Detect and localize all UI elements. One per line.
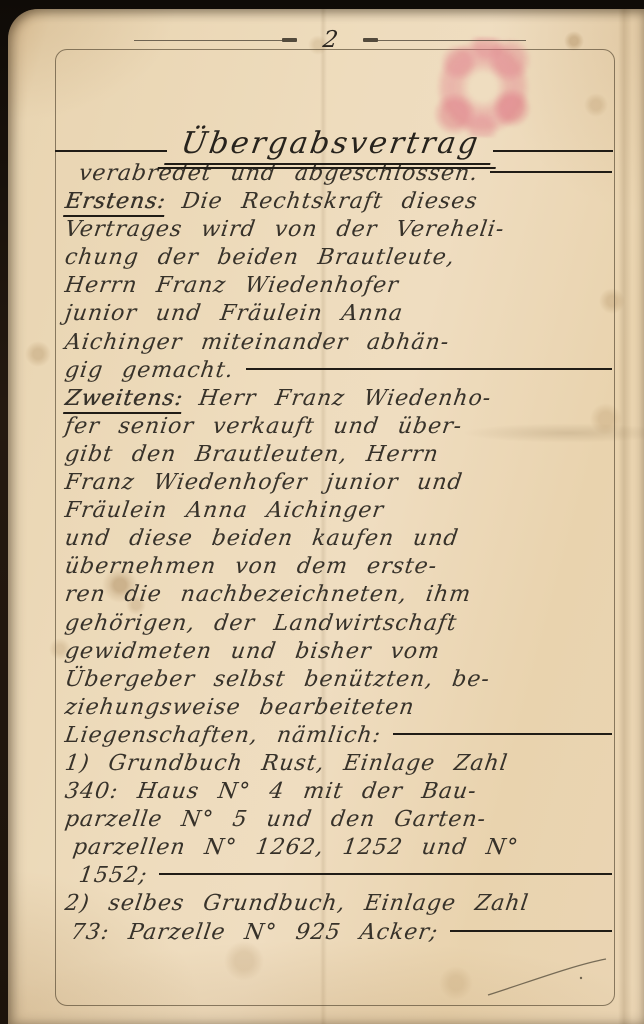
handwritten-line: junior und Fräulein Anna	[65, 301, 612, 329]
handwritten-line: 2) selbes Grundbuch, Einlage Zahl	[65, 891, 612, 919]
line-text: gewidmeten und bisher vom	[63, 639, 442, 664]
handwritten-line: Aichinger miteinander abhän-	[65, 330, 612, 358]
page-number-dash-left	[134, 40, 282, 41]
handwritten-line: Franz Wiedenhofer junior und	[65, 470, 612, 498]
line-text: gehörigen, der Landwirtschaft	[63, 611, 459, 636]
line-text: junior und Fräulein Anna	[63, 301, 405, 326]
page-number-row: 2	[8, 25, 644, 55]
paper-sheet: 2 Übergabsvertrag verabredet und abgesch…	[8, 9, 644, 1024]
handwritten-line: 1) Grundbuch Rust, Einlage Zahl	[65, 751, 612, 779]
title-row: Übergabsvertrag	[55, 121, 613, 165]
handwritten-line: Fräulein Anna Aichinger	[65, 498, 612, 526]
line-text: 2) selbes Grundbuch, Einlage Zahl	[63, 891, 530, 916]
page-number: 2	[321, 29, 339, 52]
handwritten-line: Vertrages wird von der Vereheli-	[65, 217, 612, 245]
handwritten-line: verabredet und abgeschlossen.	[65, 161, 612, 189]
handwritten-line: ren die nachbezeichneten, ihm	[65, 582, 612, 610]
line-text: Franz Wiedenhofer junior und	[63, 470, 464, 495]
line-text: parzellen N° 1262, 1252 und N°	[71, 835, 520, 860]
line-text: Liegenschaften, nämlich:	[63, 723, 383, 748]
handwritten-line: übernehmen von dem erste-	[65, 554, 612, 582]
line-text: Aichinger miteinander abhän-	[63, 330, 451, 355]
handwritten-line: gibt den Brautleuten, Herrn	[65, 442, 612, 470]
ink-rule	[490, 171, 612, 173]
title-rule-left	[55, 150, 167, 152]
line-text: fer senior verkauft und über-	[63, 414, 464, 439]
ink-rule	[246, 368, 612, 370]
line-text: gibt den Brautleuten, Herrn	[63, 442, 440, 467]
line-text: 340: Haus N° 4 mit der Bau-	[63, 779, 478, 804]
page-number-tick-right	[363, 38, 378, 42]
line-text: Herrn Franz Wiedenhofer	[63, 273, 400, 298]
section-keyword: Zweitens:	[63, 386, 185, 414]
line-text: und diese beiden kaufen und	[63, 526, 460, 551]
section-keyword: Erstens:	[63, 189, 168, 217]
handwritten-line: parzelle N° 5 und den Garten-	[65, 807, 612, 835]
line-text: parzelle N° 5 und den Garten-	[63, 807, 488, 832]
handwritten-line: 340: Haus N° 4 mit der Bau-	[65, 779, 612, 807]
line-text: 73: Parzelle N° 925 Acker;	[69, 920, 440, 945]
handwritten-line: 73: Parzelle N° 925 Acker;	[65, 920, 612, 948]
page-number-dash-right	[378, 40, 526, 41]
handwritten-line: Liegenschaften, nämlich:	[65, 723, 612, 751]
ink-rule	[450, 930, 612, 932]
handwritten-line: fer senior verkauft und über-	[65, 414, 612, 442]
line-text: Fräulein Anna Aichinger	[63, 498, 385, 523]
line-text: gig gemacht.	[63, 358, 235, 383]
handwritten-line: Zweitens:Herr Franz Wiedenho-	[65, 386, 612, 414]
handwritten-line: 1552;	[65, 863, 612, 891]
ink-rule	[159, 873, 612, 875]
document-body: verabredet und abgeschlossen.Erstens:Die…	[65, 161, 612, 948]
handwritten-line: Erstens:Die Rechtskraft dieses	[65, 189, 612, 217]
handwritten-line: gig gemacht.	[65, 358, 612, 386]
line-text: Vertrages wird von der Vereheli-	[63, 217, 506, 242]
line-text: Herr Franz Wiedenho-	[197, 386, 493, 411]
handwritten-line: parzellen N° 1262, 1252 und N°	[65, 835, 612, 863]
handwritten-line: Herrn Franz Wiedenhofer	[65, 273, 612, 301]
handwritten-line: chung der beiden Brautleute,	[65, 245, 612, 273]
line-text: ziehungsweise bearbeiteten	[63, 695, 416, 720]
line-text: Die Rechtskraft dieses	[180, 189, 479, 214]
document-title: Übergabsvertrag	[164, 129, 496, 165]
handwritten-line: ziehungsweise bearbeiteten	[65, 695, 612, 723]
handwritten-line: gehörigen, der Landwirtschaft	[65, 611, 612, 639]
line-text: ren die nachbezeichneten, ihm	[63, 582, 473, 607]
ink-rule	[393, 733, 612, 735]
handwritten-line: und diese beiden kaufen und	[65, 526, 612, 554]
pen-stroke-mark	[486, 955, 610, 999]
line-text: übernehmen von dem erste-	[63, 554, 439, 579]
line-text: 1552;	[77, 863, 149, 888]
handwritten-line: Übergeber selbst benützten, be-	[65, 667, 612, 695]
page-number-tick-left	[282, 38, 297, 42]
scanned-document: 2 Übergabsvertrag verabredet und abgesch…	[0, 0, 644, 1024]
line-text: chung der beiden Brautleute,	[63, 245, 456, 270]
handwritten-line: gewidmeten und bisher vom	[65, 639, 612, 667]
title-rule-right	[493, 150, 613, 152]
line-text: Übergeber selbst benützten, be-	[63, 667, 491, 692]
line-text: 1) Grundbuch Rust, Einlage Zahl	[63, 751, 509, 776]
